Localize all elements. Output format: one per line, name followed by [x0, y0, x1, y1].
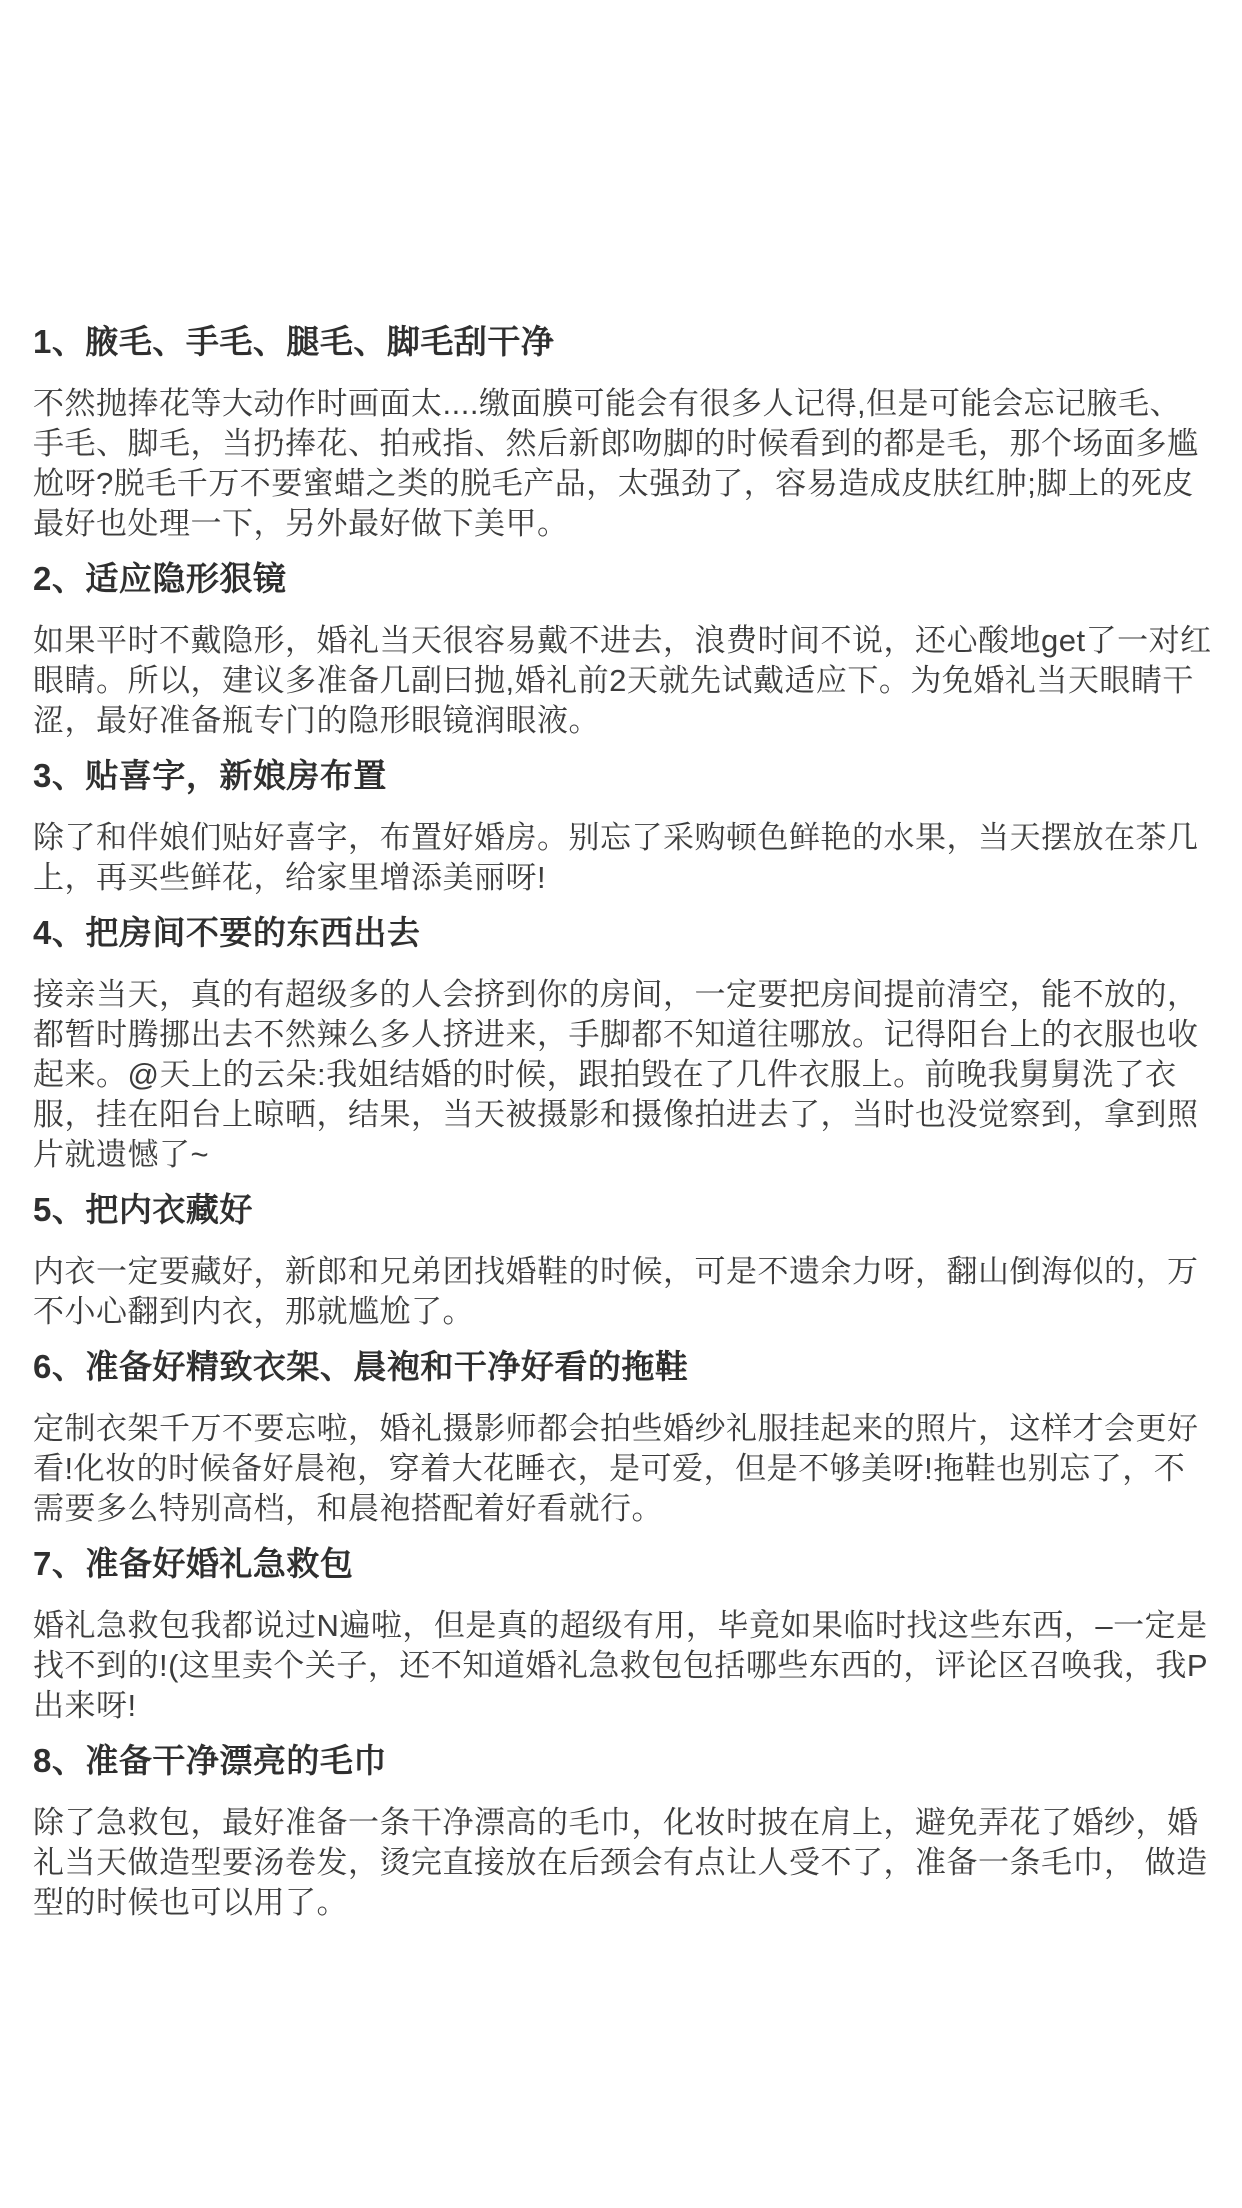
tip-heading: 4、把房间不要的东西出去	[33, 913, 1212, 953]
tip-heading: 1、腋毛、手毛、腿毛、脚毛刮干净	[33, 322, 1212, 362]
tip-section-1: 1、腋毛、手毛、腿毛、脚毛刮干净 不然抛捧花等大动作时画面太....缴面膜可能会…	[33, 322, 1212, 544]
tip-section-7: 7、准备好婚礼急救包 婚礼急救包我都说过N遍啦，但是真的超级有用，毕竟如果临时找…	[33, 1544, 1212, 1726]
tip-section-6: 6、准备好精致衣架、晨袍和干净好看的拖鞋 定制衣架千万不要忘啦，婚礼摄影师都会拍…	[33, 1347, 1212, 1529]
tip-section-8: 8、准备干净漂亮的毛巾 除了急救包，最好准备一条干净漂高的毛巾，化妆时披在肩上，…	[33, 1741, 1212, 1923]
tip-body: 婚礼急救包我都说过N遍啦，但是真的超级有用，毕竟如果临时找这些东西，–一定是找不…	[33, 1606, 1212, 1726]
tip-body: 除了和伴娘们贴好喜字，布置好婚房。别忘了采购顿色鲜艳的水果，当天摆放在茶几上，再…	[33, 818, 1212, 898]
tip-heading: 8、准备干净漂亮的毛巾	[33, 1741, 1212, 1781]
tip-body: 内衣一定要藏好，新郎和兄弟团找婚鞋的时候，可是不遗余力呀，翻山倒海似的，万不小心…	[33, 1252, 1212, 1332]
tip-section-5: 5、把内衣藏好 内衣一定要藏好，新郎和兄弟团找婚鞋的时候，可是不遗余力呀，翻山倒…	[33, 1190, 1212, 1332]
tip-body: 如果平时不戴隐形，婚礼当天很容易戴不进去，浪费时间不说，还心酸地get了一对红眼…	[33, 621, 1212, 741]
tip-body: 接亲当天，真的有超级多的人会挤到你的房间，一定要把房间提前清空，能不放的，都暂时…	[33, 975, 1212, 1175]
tip-section-2: 2、适应隐形狠镜 如果平时不戴隐形，婚礼当天很容易戴不进去，浪费时间不说，还心酸…	[33, 559, 1212, 741]
tip-heading: 6、准备好精致衣架、晨袍和干净好看的拖鞋	[33, 1347, 1212, 1387]
tip-body: 不然抛捧花等大动作时画面太....缴面膜可能会有很多人记得,但是可能会忘记腋毛、…	[33, 384, 1212, 544]
tip-heading: 7、准备好婚礼急救包	[33, 1544, 1212, 1584]
tip-heading: 2、适应隐形狠镜	[33, 559, 1212, 599]
tip-heading: 3、贴喜字，新娘房布置	[33, 756, 1212, 796]
article-page: 1、腋毛、手毛、腿毛、脚毛刮干净 不然抛捧花等大动作时画面太....缴面膜可能会…	[0, 0, 1242, 2208]
tip-body: 定制衣架千万不要忘啦，婚礼摄影师都会拍些婚纱礼服挂起来的照片，这样才会更好看!化…	[33, 1409, 1212, 1529]
tip-body: 除了急救包，最好准备一条干净漂高的毛巾，化妆时披在肩上，避免弄花了婚纱，婚礼当天…	[33, 1803, 1212, 1923]
tip-section-3: 3、贴喜字，新娘房布置 除了和伴娘们贴好喜字，布置好婚房。别忘了采购顿色鲜艳的水…	[33, 756, 1212, 898]
tip-heading: 5、把内衣藏好	[33, 1190, 1212, 1230]
tip-section-4: 4、把房间不要的东西出去 接亲当天，真的有超级多的人会挤到你的房间，一定要把房间…	[33, 913, 1212, 1175]
